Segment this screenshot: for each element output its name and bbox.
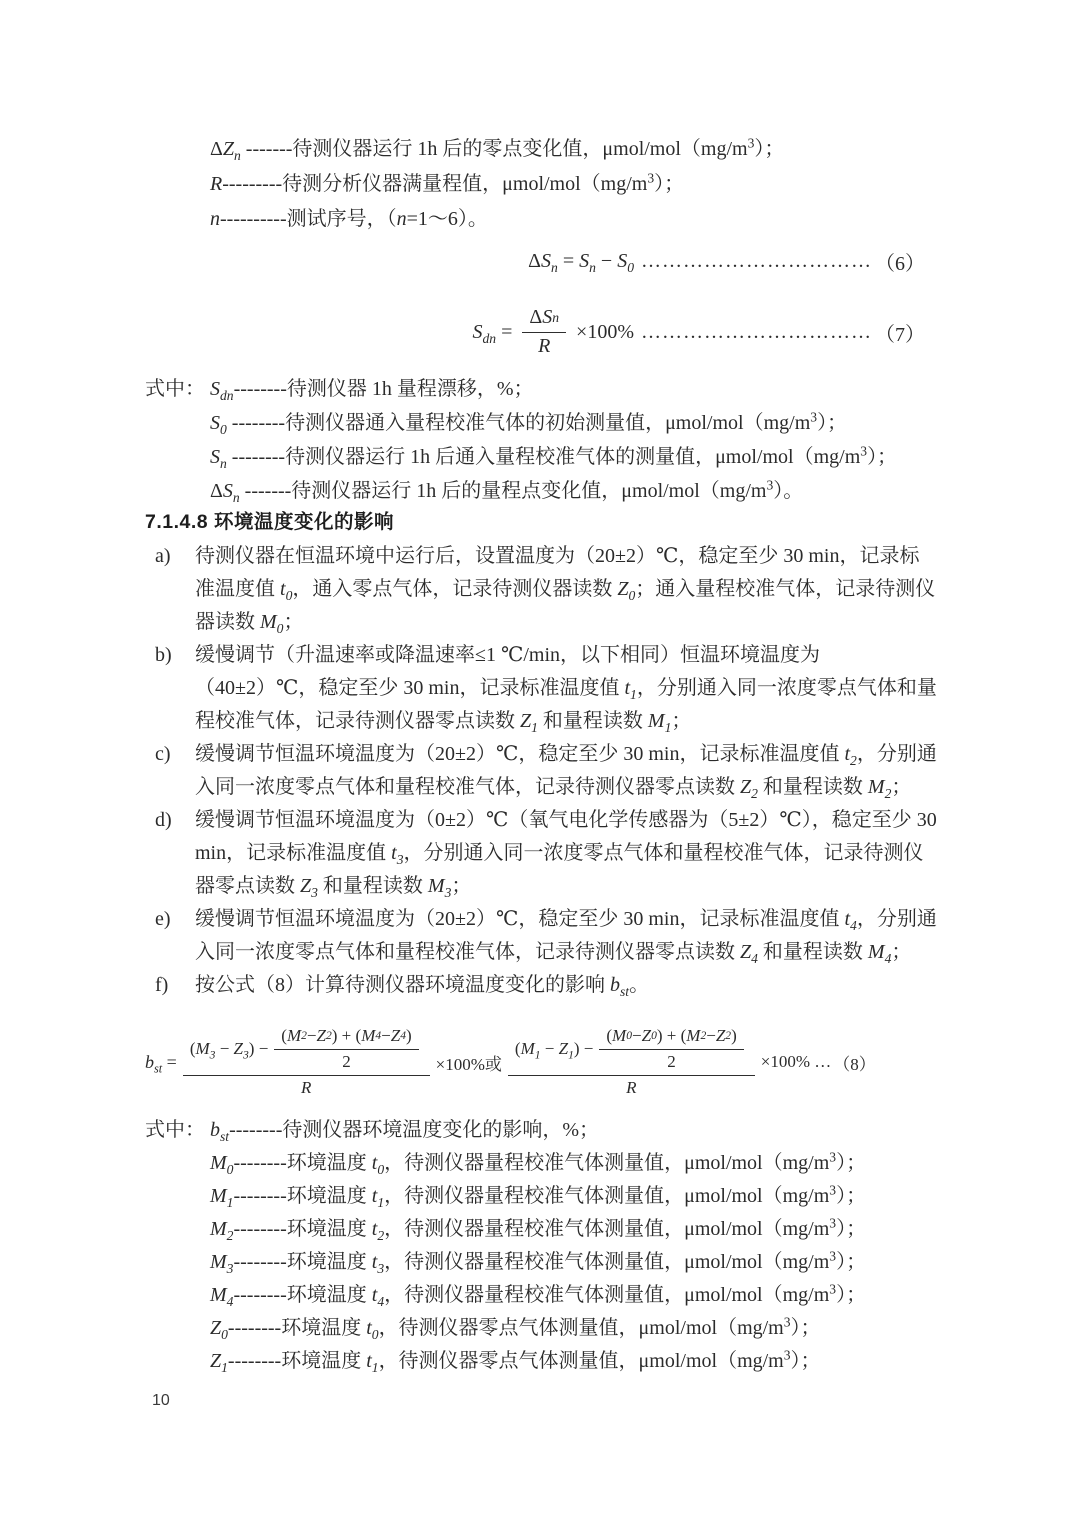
inner-fraction: (M0 − Z0) + (M2 − Z2) 2: [599, 1026, 743, 1072]
formula-7: Sdn = ΔSn R ×100% …………………………… （7）: [145, 294, 939, 370]
formula-6-body: ΔSn = Sn − S0: [528, 250, 634, 273]
list-item-f: f) 按公式（8）计算待测仪器环境温度变化的影响 bst。: [145, 969, 939, 1002]
fraction-denominator: R: [301, 1076, 311, 1098]
inner-denominator: 2: [342, 1050, 351, 1072]
list-item-text: 缓慢调节恒温环境温度为（20±2）℃，稳定至少 30 min，记录标准温度值 t…: [195, 903, 939, 969]
inner-fraction: (M2 − Z2) + (M4 − Z4) 2: [274, 1026, 418, 1072]
page-number: 10: [152, 1392, 170, 1410]
formula-7-lhs: Sdn =: [473, 321, 513, 344]
where-block-2: 式中： bst--------待测仪器环境温度变化的影响，%； M0------…: [145, 1114, 939, 1378]
fraction-denominator: R: [538, 333, 550, 358]
list-item-d: d) 缓慢调节恒温环境温度为（0±2）℃（氧气电化学传感器为（5±2）℃），稳定…: [145, 804, 939, 903]
where-label: 式中：: [145, 372, 210, 406]
where-item: M1--------环境温度 t1，待测仪器量程校准气体测量值，μmol/mol…: [145, 1180, 939, 1213]
list-item-label: f): [145, 969, 195, 1002]
equation-number-6: （6）: [875, 247, 925, 276]
where-item: M3--------环境温度 t3，待测仪器量程校准气体测量值，μmol/mol…: [145, 1246, 939, 1279]
where-item: ΔSn -------待测仪器运行 1h 后的量程点变化值，μmol/mol（m…: [145, 474, 939, 508]
where-block-1: 式中： Sdn--------待测仪器 1h 量程漂移，%； S0 ------…: [145, 372, 939, 508]
where-item: M0--------环境温度 t0，待测仪器量程校准气体测量值，μmol/mol…: [145, 1147, 939, 1180]
formula-7-multiplier: ×100%: [576, 321, 634, 344]
dot-leader: ……………………………: [641, 321, 872, 344]
formula-8-left-fraction: (M3 − Z3) − (M2 − Z2) + (M4 − Z4) 2 R: [183, 1026, 430, 1098]
list-item-text: 缓慢调节恒温环境温度为（0±2）℃（氧气电化学传感器为（5±2）℃），稳定至少 …: [195, 804, 939, 903]
list-item-label: d): [145, 804, 195, 903]
equation-number-8: （8）: [833, 1050, 876, 1075]
formula-8: bst = (M3 − Z3) − (M2 − Z2) + (M4 − Z4) …: [145, 1012, 939, 1112]
symbol-definitions-top: ΔZn -------待测仪器运行 1h 后的零点变化值，μmol/mol（mg…: [145, 132, 939, 237]
list-item-e: e) 缓慢调节恒温环境温度为（20±2）℃，稳定至少 30 min，记录标准温度…: [145, 903, 939, 969]
inner-numerator: (M2 − Z2) + (M4 − Z4): [274, 1026, 418, 1050]
formula-8-tail: ×100% …: [761, 1052, 832, 1072]
where-label: 式中：: [145, 1114, 210, 1147]
formula-8-middle: ×100%或: [436, 1050, 502, 1075]
where-item: Z1--------环境温度 t1，待测仪器零点气体测量值，μmol/mol（m…: [145, 1345, 939, 1378]
where-item: M2--------环境温度 t2，待测仪器量程校准气体测量值，μmol/mol…: [145, 1213, 939, 1246]
numerator-prefix: (M3 − Z3) −: [190, 1039, 268, 1059]
definition-line-n: n----------测试序号，（n=1～6）。: [145, 202, 939, 237]
list-item-text: 缓慢调节恒温环境温度为（20±2）℃，稳定至少 30 min，记录标准温度值 t…: [195, 738, 939, 804]
formula-6: ΔSn = Sn − S0 …………………………… （6）: [145, 244, 939, 278]
procedure-list: a) 待测仪器在恒温环境中运行后，设置温度为（20±2）℃，稳定至少 30 mi…: [145, 540, 939, 1002]
inner-numerator: (M0 − Z0) + (M2 − Z2): [599, 1026, 743, 1050]
where-item: Sdn--------待测仪器 1h 量程漂移，%；: [210, 372, 534, 406]
formula-8-right-fraction: (M1 − Z1) − (M0 − Z0) + (M2 − Z2) 2 R: [508, 1026, 755, 1098]
list-item-a: a) 待测仪器在恒温环境中运行后，设置温度为（20±2）℃，稳定至少 30 mi…: [145, 540, 939, 639]
definition-line-r: R---------待测分析仪器满量程值，μmol/mol（mg/m3）；: [145, 167, 939, 202]
list-item-c: c) 缓慢调节恒温环境温度为（20±2）℃，稳定至少 30 min，记录标准温度…: [145, 738, 939, 804]
section-heading: 7.1.4.8 环境温度变化的影响: [145, 506, 939, 534]
dot-leader: ……………………………: [641, 250, 872, 273]
where-item: S0 --------待测仪器通入量程校准气体的初始测量值，μmol/mol（m…: [145, 406, 939, 440]
where-item: M4--------环境温度 t4，待测仪器量程校准气体测量值，μmol/mol…: [145, 1279, 939, 1312]
list-item-text: 待测仪器在恒温环境中运行后，设置温度为（20±2）℃，稳定至少 30 min，记…: [195, 540, 939, 639]
list-item-text: 按公式（8）计算待测仪器环境温度变化的影响 bst。: [195, 969, 939, 1002]
equation-number-7: （7）: [875, 318, 925, 347]
list-item-text: 缓慢调节（升温速率或降温速率≤1 ℃/min，以下相同）恒温环境温度为（40±2…: [195, 639, 939, 738]
definition-line-zn: ΔZn -------待测仪器运行 1h 后的零点变化值，μmol/mol（mg…: [145, 132, 939, 167]
fraction-denominator: R: [626, 1076, 636, 1098]
inner-denominator: 2: [667, 1050, 676, 1072]
numerator-prefix: (M1 − Z1) −: [515, 1039, 593, 1059]
formula-7-fraction: ΔSn R: [522, 306, 566, 358]
where-item: bst--------待测仪器环境温度变化的影响，%；: [210, 1114, 599, 1147]
fraction-numerator: ΔSn: [522, 306, 566, 333]
formula-8-lhs: bst =: [145, 1052, 177, 1073]
list-item-b: b) 缓慢调节（升温速率或降温速率≤1 ℃/min，以下相同）恒温环境温度为（4…: [145, 639, 939, 738]
list-item-label: a): [145, 540, 195, 639]
list-item-label: b): [145, 639, 195, 738]
list-item-label: e): [145, 903, 195, 969]
list-item-label: c): [145, 738, 195, 804]
document-page: ΔZn -------待测仪器运行 1h 后的零点变化值，μmol/mol（mg…: [0, 0, 1080, 1527]
where-item: Z0--------环境温度 t0，待测仪器零点气体测量值，μmol/mol（m…: [145, 1312, 939, 1345]
where-item: Sn --------待测仪器运行 1h 后通入量程校准气体的测量值，μmol/…: [145, 440, 939, 474]
